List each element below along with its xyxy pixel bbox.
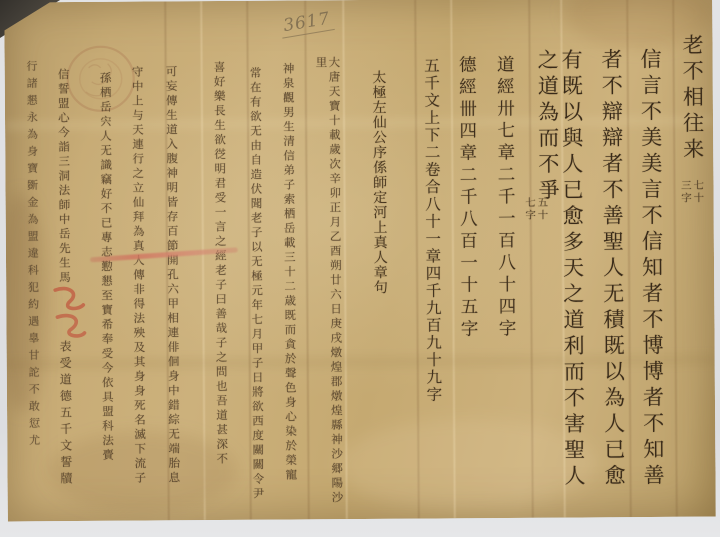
chapter-count-note-1: 七十三字 (679, 180, 704, 214)
colophon-column-9: 行諸懇永為身寶斵金為盟違科犯約遇辠甘詑不敢愆尤 (25, 60, 40, 451)
colophon-column-8b: 表受道德五千文誓牘 (58, 340, 72, 489)
colophon-column-6: 守中上与天連行之立仙拜為真人傳非得法殃及其身身死名滅下流子 (131, 66, 147, 487)
scripture-column-2: 信言不美美言不信知者不博博者不知善 (638, 48, 665, 490)
pencil-catalog-number: 3617 (279, 8, 335, 38)
red-signature-mark (46, 284, 92, 344)
dejing-count-column: 德經卌四章二千八百一十五字 (456, 55, 478, 341)
manuscript-paper: 3617 老不相往来 七十三字 信言不美美言不信知者不博博者不知善 者不辯辯者不… (4, 0, 716, 521)
colophon-column-8a: 信誓盟心今詣三洞法師中岳先生馬 (57, 68, 71, 286)
colophon-column-1: 大唐天寶十載歲次辛卯正月乙酉朔廿六日庚戌燉煌郡燉煌縣神沙郷陽沙里 (315, 56, 344, 519)
colophon-column-2: 神泉觀男生清信弟子索栖岳載三十二歳既而貪於聲色身心染於榮寵 (282, 62, 298, 483)
scripture-column-5: 之道為而不爭 (535, 49, 560, 205)
paper-crease (626, 0, 632, 517)
paper-crease (304, 0, 310, 519)
colophon-column-5: 可妄傳生道入腹神明皆存百節開孔六甲相連俳佪身中錯綜无端胎息 (165, 65, 181, 486)
colophon-column-7: 孫栖岳宍人无識竊好不已專志懃懇至寶希奉受今依具盟科法賷 (99, 72, 115, 464)
manuscript-photo: 3617 老不相往来 七十三字 信言不美美言不信知者不博博者不知善 者不辯辯者不… (0, 0, 720, 537)
scripture-column-4: 有既以與人已愈多天之道利而不害聖人 (559, 48, 586, 490)
daojing-count-column: 道經卅七章二千一百八十四字 (494, 55, 516, 341)
chapter-count-note-5: 五十七字 (524, 197, 549, 231)
paper-stain (0, 192, 47, 412)
colophon-column-3: 常在有欲无由自造伏聞老子以无極元年七月甲子日將欲西度關關令尹 (249, 67, 265, 502)
attribution-column: 太極左仙公序係師定河上真人章句 (370, 70, 387, 295)
paper-crease (672, 0, 678, 517)
scripture-column-3: 者不辯辯者不善聖人无積既以為人已愈 (599, 48, 626, 490)
colophon-column-4: 喜好樂長生欲徔明君受一言之經老子曰善哉子之問也吾道甚深不 (213, 61, 229, 467)
scripture-column-1: 老不相往来 (679, 34, 703, 164)
paper-stain (337, 418, 598, 510)
total-count-column: 五千文上下二卷合八十一章四千九百九十九字 (422, 57, 442, 403)
